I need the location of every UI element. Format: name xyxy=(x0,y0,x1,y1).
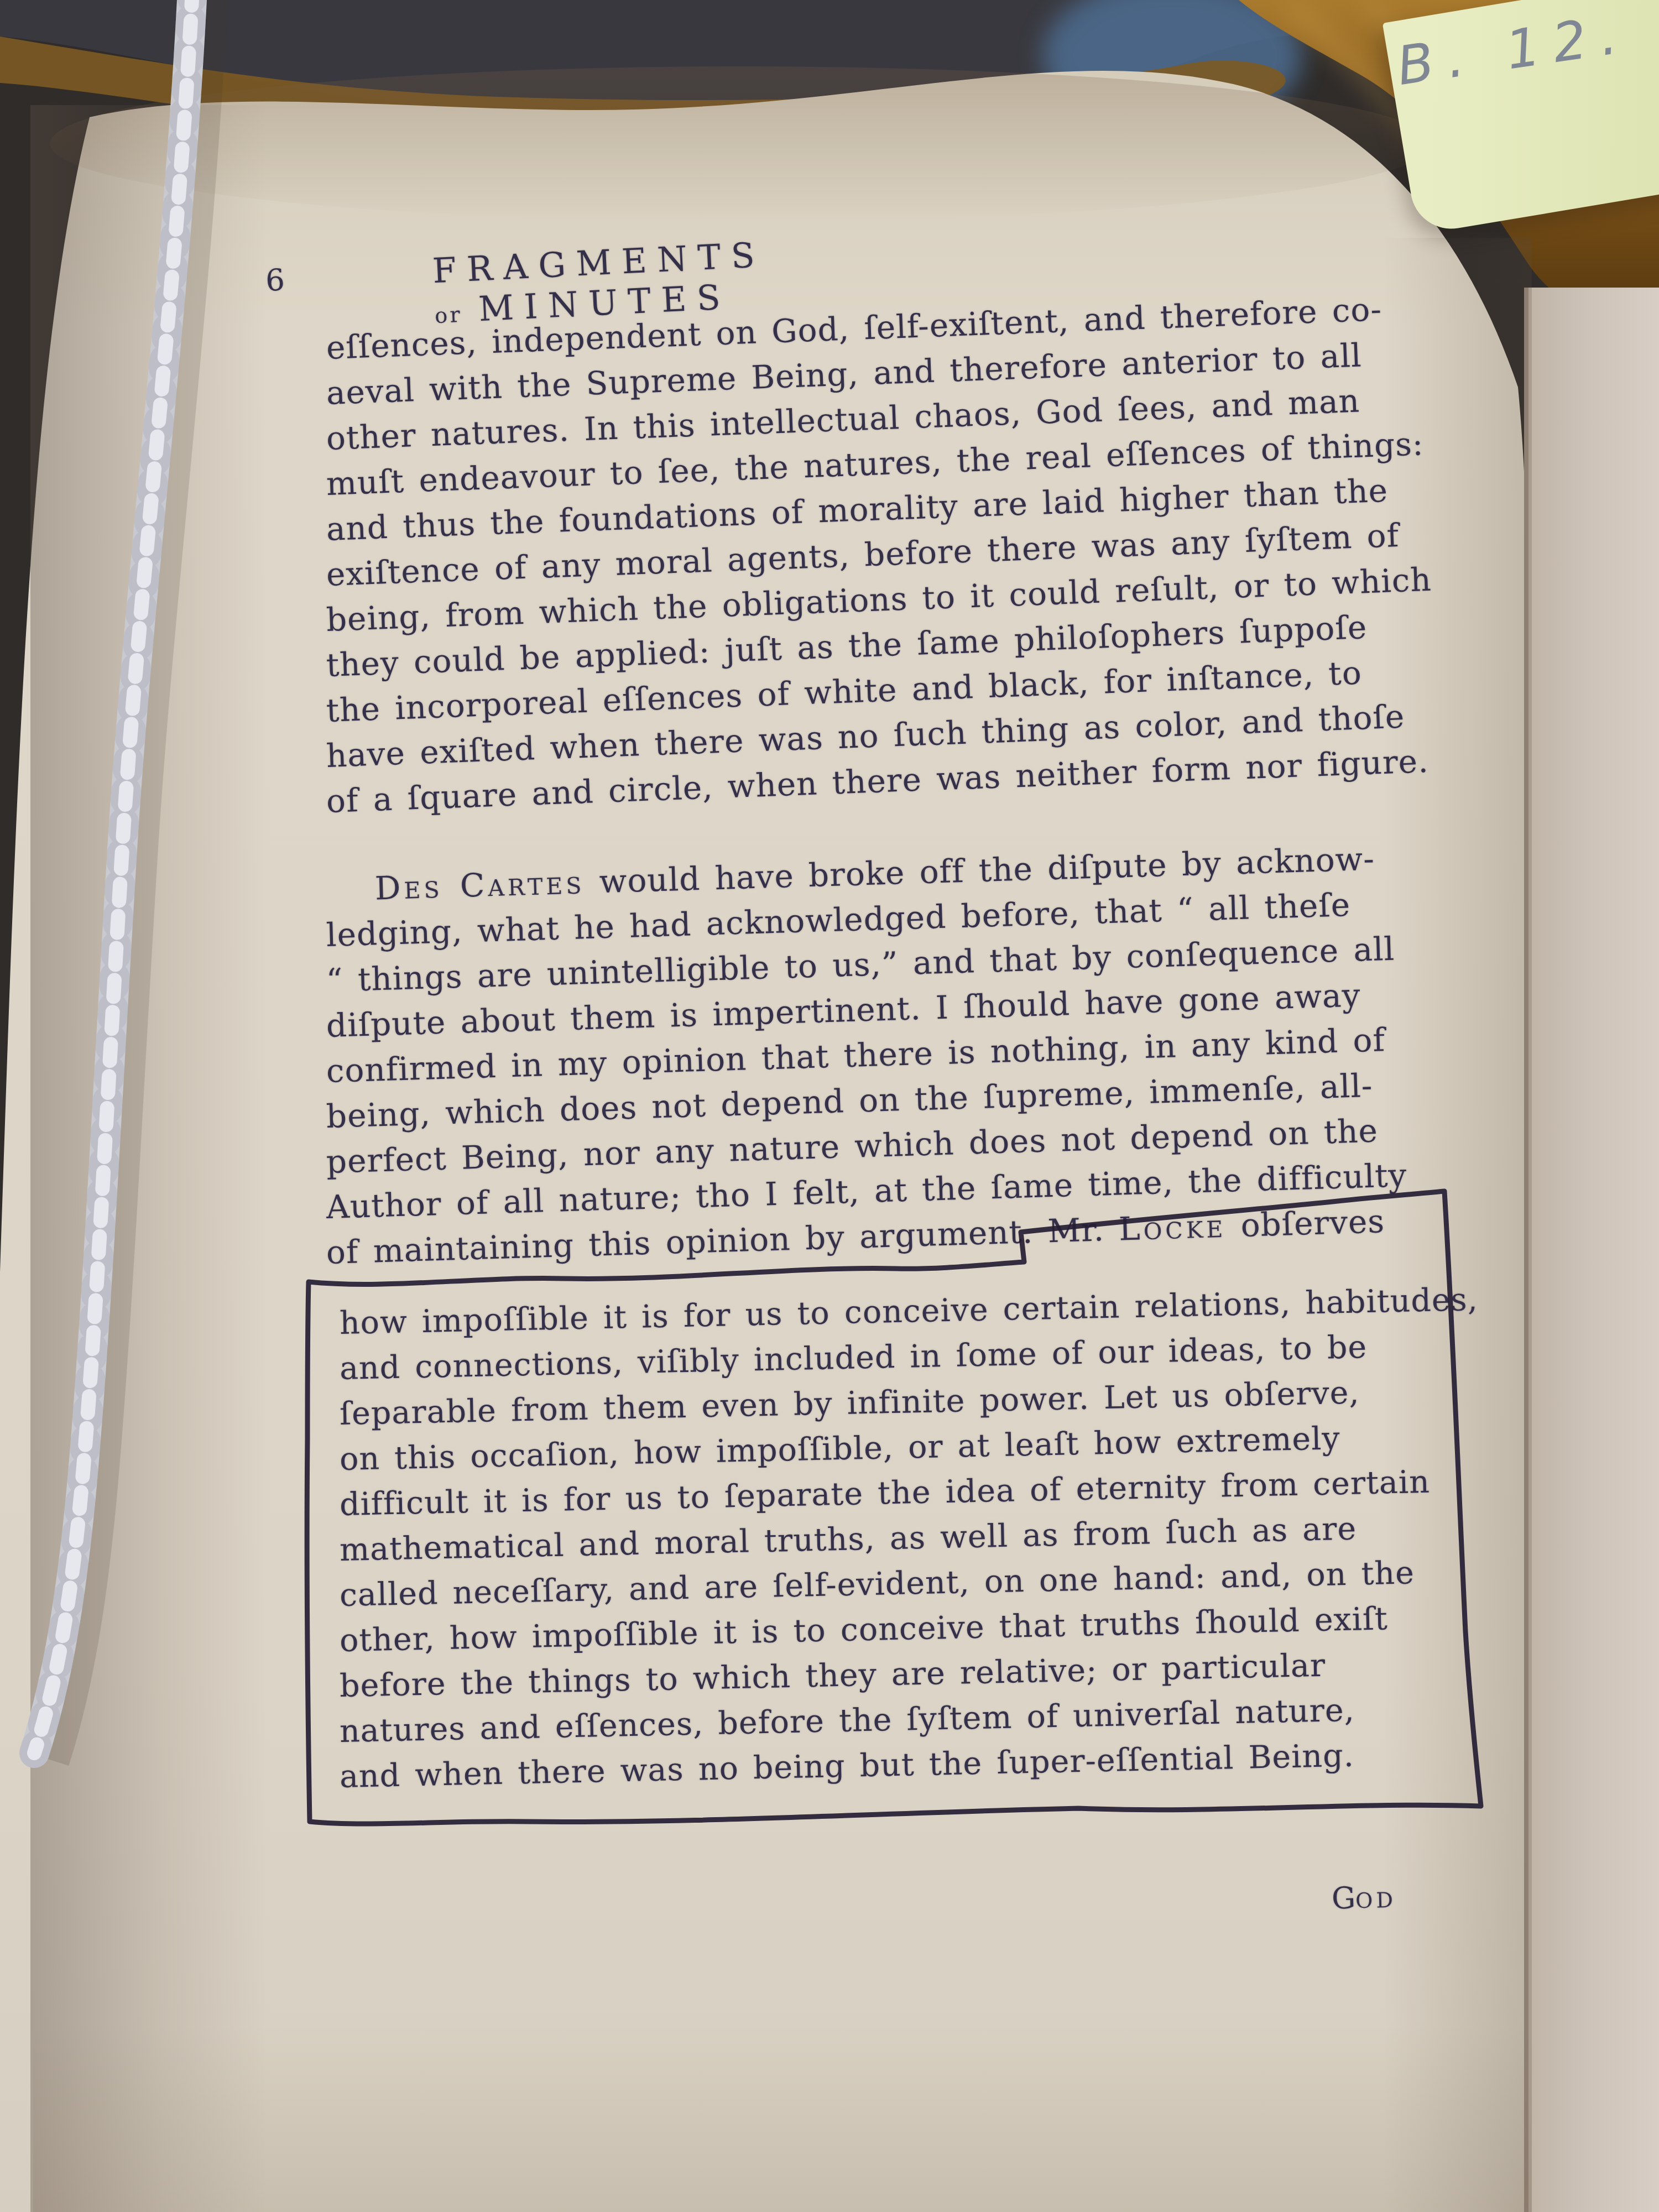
sticky-note: B. 12. 1. 5 xyxy=(1383,0,1659,235)
text-segment: od xyxy=(1355,1880,1396,1916)
paragraph-locke-boxed: how impoſſible it is for us to conceive … xyxy=(340,1301,1478,1799)
text-segment: Des Cartes xyxy=(374,863,585,907)
page-edge-line xyxy=(1524,288,1528,2212)
sticky-note-shelfmark: B. 12. 1. 5 xyxy=(1393,0,1659,97)
text-segment: Mr. xyxy=(1047,1210,1120,1250)
under-pages-edge xyxy=(1524,288,1659,2212)
page-number: 6 xyxy=(265,262,285,298)
paragraph-des-cartes: Des Cartes would have broke off the diſp… xyxy=(326,867,1407,1275)
paragraph-essences: eſſences, independent on God, ſelf-exiſt… xyxy=(326,325,1432,824)
catchword: God xyxy=(1331,1880,1396,1916)
photo-of-book-page: { "colors": { "ink": "#35304a", "boxink"… xyxy=(0,0,1659,2212)
text-segment: G xyxy=(1331,1880,1356,1916)
text-segment: obſerves xyxy=(1225,1202,1385,1244)
text-segment: Locke xyxy=(1118,1207,1227,1248)
